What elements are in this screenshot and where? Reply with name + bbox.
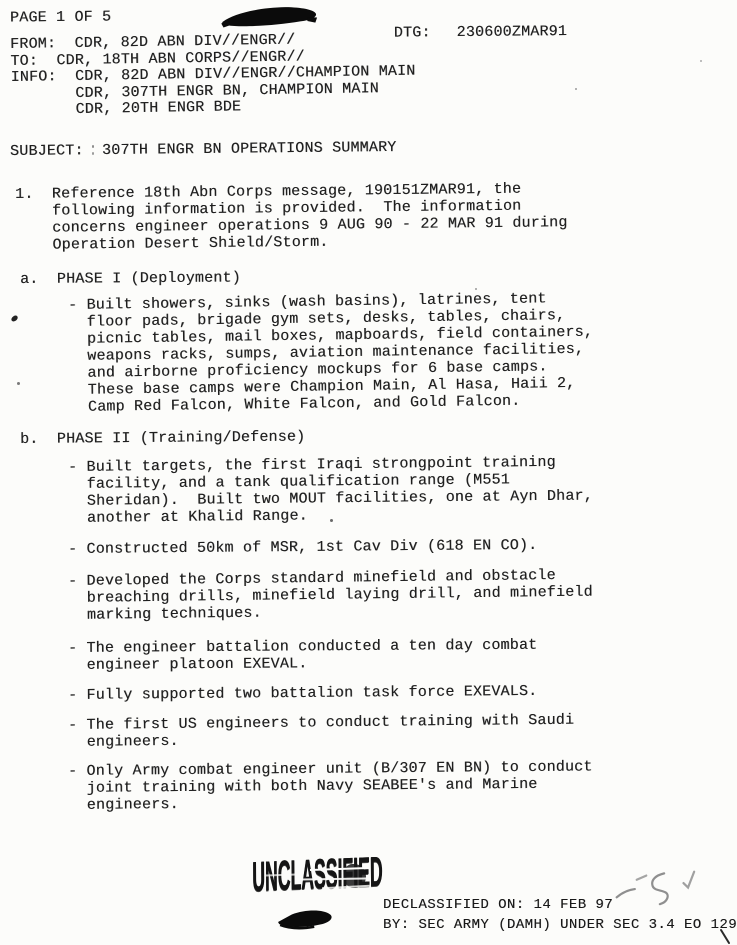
document-line: b. PHASE II (Training/Defense) [20, 429, 305, 448]
scan-speck [700, 60, 702, 62]
phase-1-bullet-built: - Built showers, sinks (wash basins), la… [68, 290, 594, 416]
document-line: - Fully supported two battalion task for… [68, 683, 537, 704]
phase-1-heading: a. PHASE I (Deployment) [20, 269, 241, 288]
phase-2-heading: b. PHASE II (Training/Defense) [20, 429, 305, 448]
scan-speck [92, 145, 94, 148]
phase-2-bullet-targets: - Built targets, the first Iraqi strongp… [68, 454, 593, 527]
document-line: engineers. [68, 792, 593, 814]
redaction-mark-top [219, 2, 320, 31]
subject-line: SUBJECT: 307TH ENGR BN OPERATIONS SUMMAR… [10, 139, 397, 160]
phase-2-bullet-minefield: - Developed the Corps standard minefield… [68, 567, 593, 624]
phase-2-bullet-exeval: - The engineer battalion conducted a ten… [68, 637, 538, 674]
document-line: engineer platoon EXEVAL. [68, 654, 537, 674]
address-line: CDR, 20TH ENGR BDE [11, 97, 416, 120]
paragraph-1: 1. Reference 18th Abn Corps message, 190… [15, 180, 568, 254]
scanned-document-page: PAGE 1 OF 5 DTG:230600ZMAR91 FROM: CDR, … [0, 0, 737, 945]
scan-speck [92, 152, 94, 155]
page-number: PAGE 1 OF 5 [10, 8, 111, 26]
address-block: FROM: CDR, 82D ABN DIV//ENGR//TO: CDR, 1… [10, 31, 416, 120]
document-line: - Constructed 50km of MSR, 1st Cav Div (… [68, 537, 537, 558]
scan-speck [330, 519, 333, 522]
document-line: a. PHASE I (Deployment) [20, 269, 241, 288]
phase-2-bullet-msr: - Constructed 50km of MSR, 1st Cav Div (… [68, 537, 537, 558]
document-line: - The engineer battalion conducted a ten… [68, 637, 537, 657]
phase-2-bullet-saudi: - The first US engineers to conduct trai… [68, 712, 574, 751]
scan-speck [475, 288, 477, 290]
scan-speck [10, 315, 19, 323]
phase-2-bullet-joint: - Only Army combat engineer unit (B/307 … [68, 758, 593, 814]
scan-speck [17, 382, 20, 385]
stray-pen-mark [718, 928, 734, 945]
dtg-value: 230600ZMAR91 [457, 23, 568, 41]
declassified-by-line: BY: SEC ARMY (DAMH) UNDER SEC 3.4 EO 129… [383, 915, 737, 935]
scan-speck [575, 88, 577, 90]
redaction-mark-bottom [276, 907, 339, 933]
phase-2-bullet-taskforce: - Fully supported two battalion task for… [68, 683, 537, 704]
unclassified-stamp: UNCLASSIFIED [252, 858, 392, 900]
